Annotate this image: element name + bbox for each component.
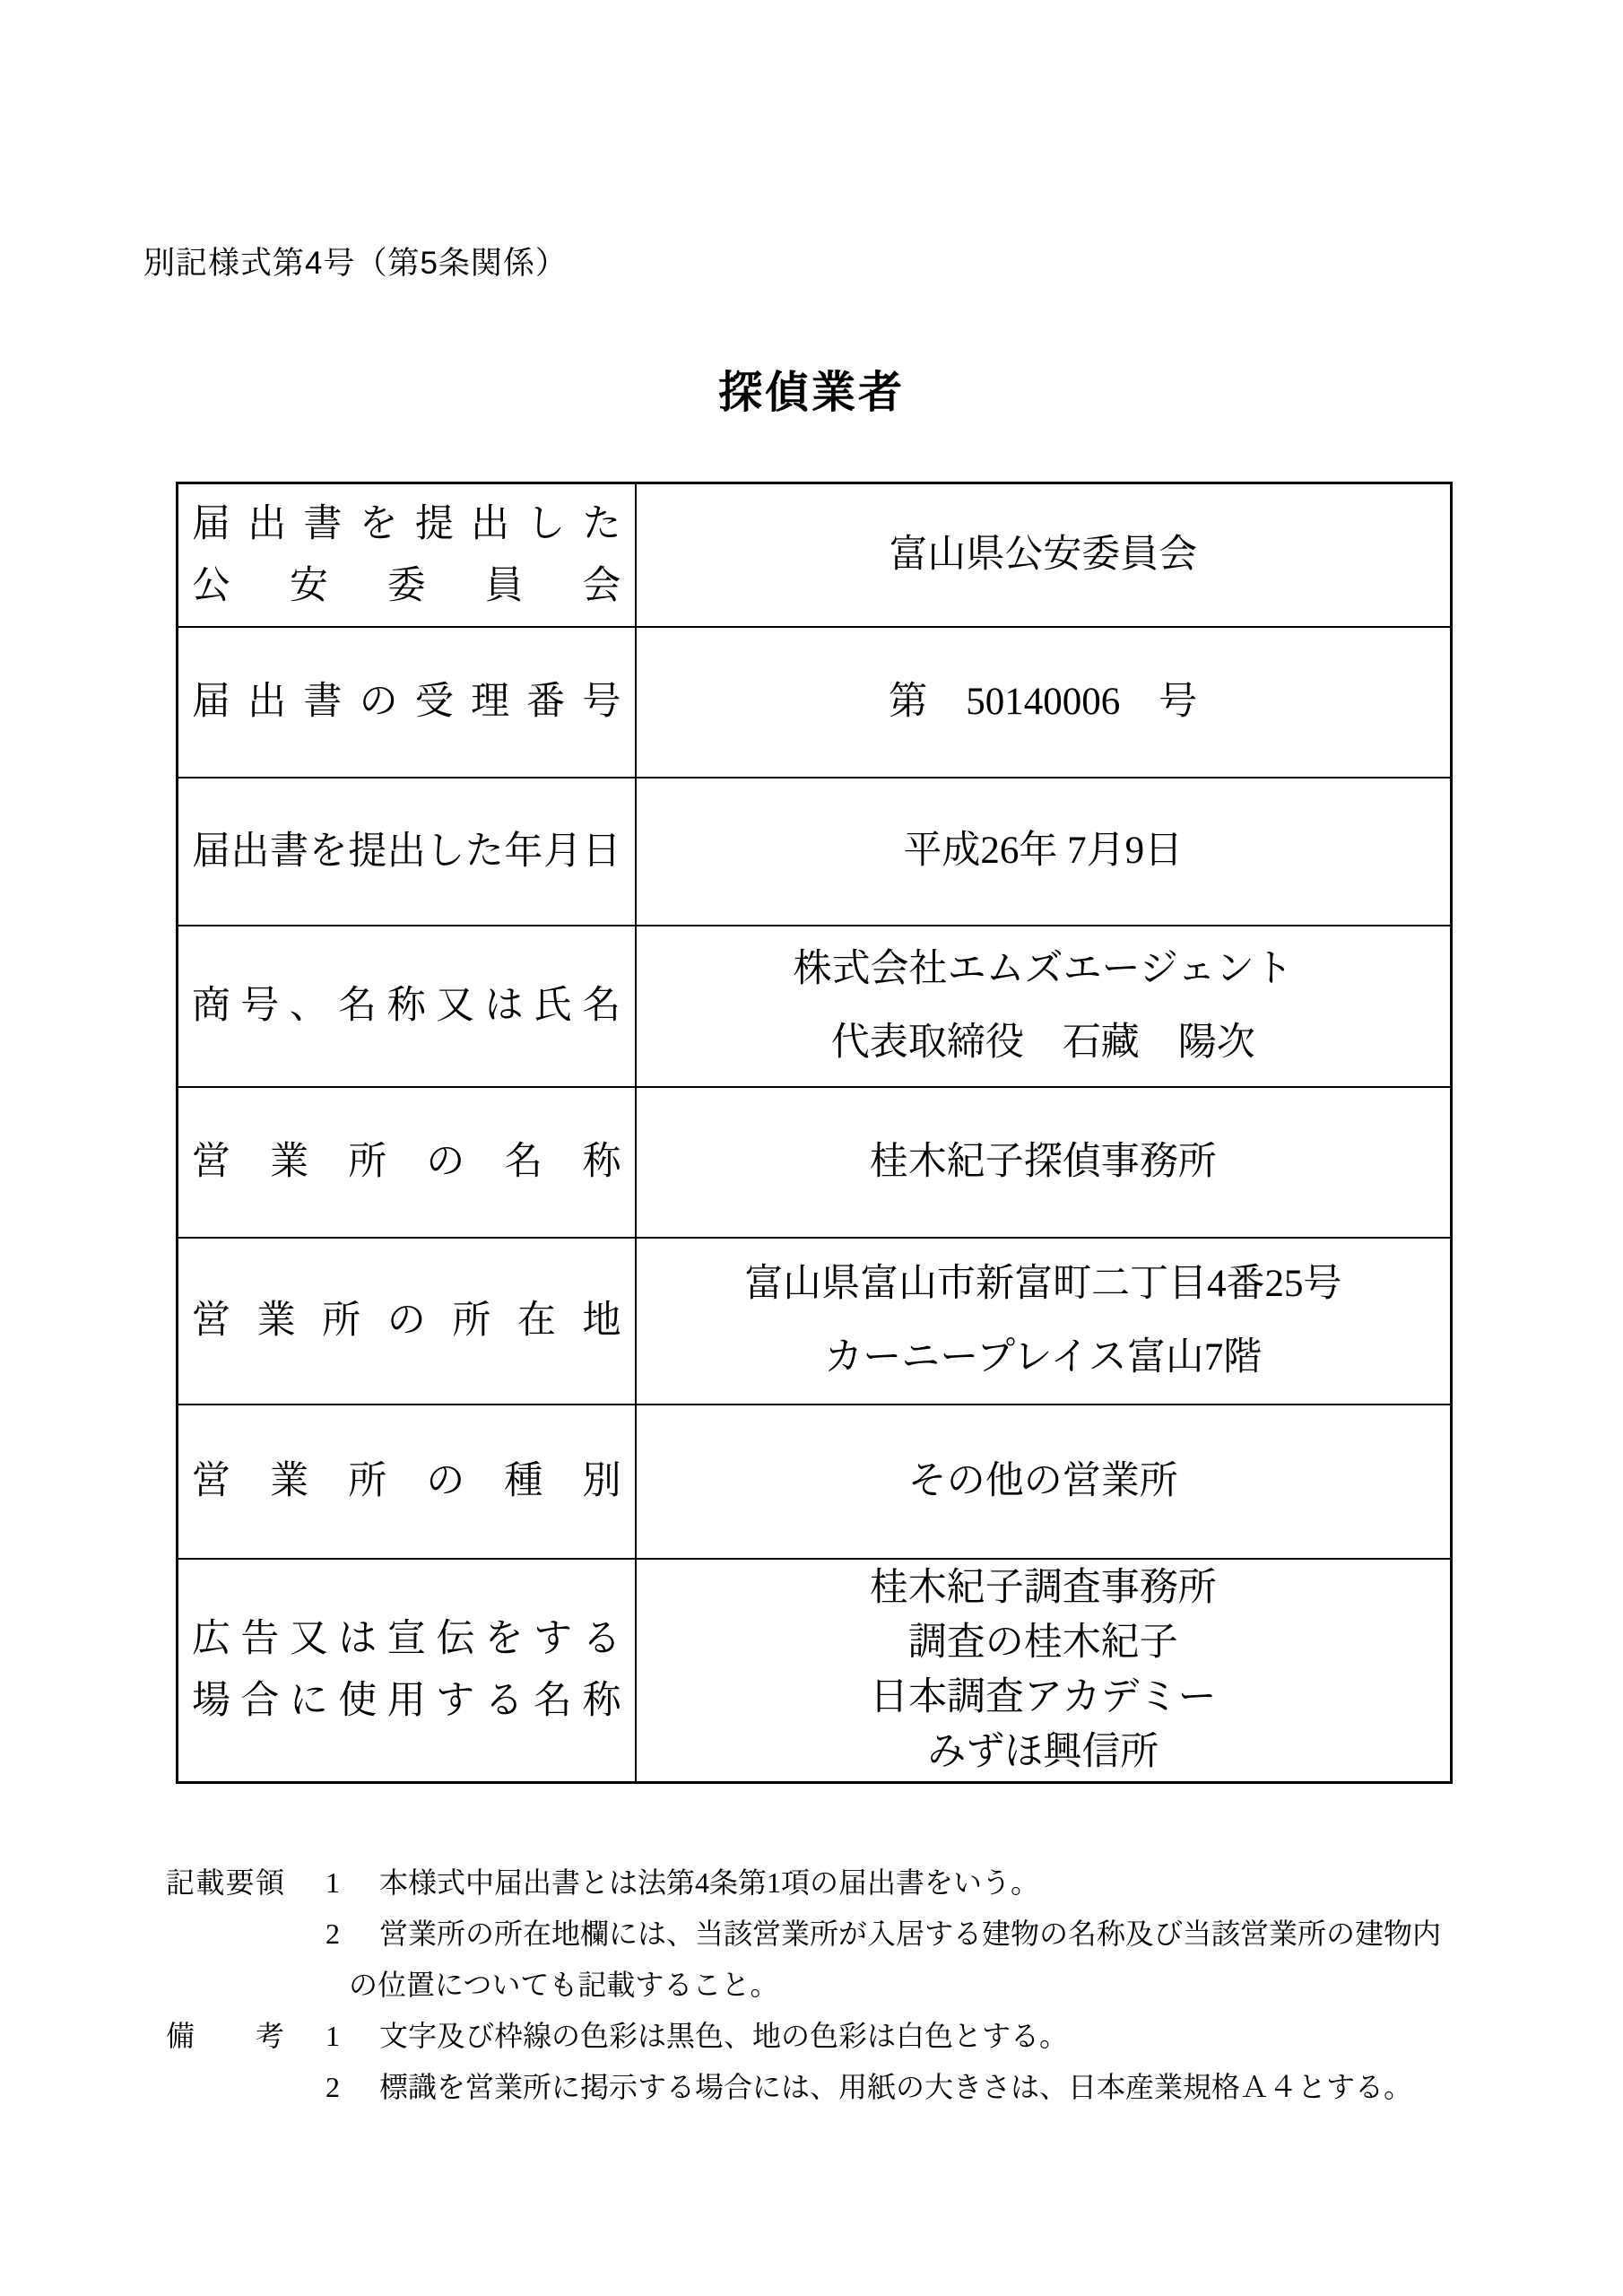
note-number: 2 [320, 2068, 345, 2106]
note-term: 記載要領 [166, 1864, 284, 1901]
row-label: 商号、名称又は氏名 [178, 926, 636, 1087]
row-value: その他の営業所 [636, 1405, 1452, 1559]
table-row-trade-name: 商号、名称又は氏名 株式会社エムズエージェント代表取締役 石藏 陽次 [178, 926, 1452, 1087]
note-term: 備考 [166, 2017, 284, 2055]
detective-agency-registration-table: 届出書を提出した公安委員会 富山県公安委員会 届出書の受理番号 第 501400… [176, 482, 1453, 1784]
note-number: 2 [320, 1915, 345, 1952]
row-label: 広告又は宣伝をする場合に使用する名称 [178, 1559, 636, 1783]
row-value: 平成26年 7月9日 [636, 778, 1452, 926]
form-number-label: 別記様式第4号（第5条関係） [143, 239, 568, 283]
row-value: 桂木紀子調査事務所調査の桂木紀子日本調査アカデミーみずほ興信所 [636, 1559, 1452, 1783]
row-label: 営業所の種別 [178, 1405, 636, 1559]
notes-section: 記載要領 1 本様式中届出書とは法第4条第1項の届出書をいう。 2 営業所の所在… [166, 1864, 1441, 2119]
row-value: 富山県公安委員会 [636, 483, 1452, 627]
row-label: 届出書の受理番号 [178, 627, 636, 778]
note-number: 1 [320, 2017, 345, 2055]
note-row: 備考 1 文字及び枠線の色彩は黒色、地の色彩は白色とする。 [166, 2017, 1441, 2055]
note-number [320, 1966, 345, 2004]
table-row-submission-date: 届出書を提出した年月日 平成26年 7月9日 [178, 778, 1452, 926]
note-text: の位置についても記載すること。 [349, 1966, 778, 2004]
row-label: 届出書を提出した公安委員会 [178, 483, 636, 627]
table-row-public-safety-commission: 届出書を提出した公安委員会 富山県公安委員会 [178, 483, 1452, 627]
table-row-office-address: 営業所の所在地 富山県富山市新富町二丁目4番25号カーニープレイス富山7階 [178, 1238, 1452, 1405]
document-title: 探偵業者 [0, 358, 1623, 421]
table-row-receipt-number: 届出書の受理番号 第 50140006 号 [178, 627, 1452, 778]
row-value: 桂木紀子探偵事務所 [636, 1087, 1452, 1238]
note-text: 標識を営業所に掲示する場合には、用紙の大きさは、日本産業規格Ａ４とする。 [379, 2068, 1412, 2106]
note-row: 2 営業所の所在地欄には、当該営業所が入居する建物の名称及び当該営業所の建物内 [166, 1915, 1441, 1952]
note-term [166, 1915, 284, 1952]
note-row: 2 標識を営業所に掲示する場合には、用紙の大きさは、日本産業規格Ａ４とする。 [166, 2068, 1441, 2106]
row-value: 第 50140006 号 [636, 627, 1452, 778]
note-text: 営業所の所在地欄には、当該営業所が入居する建物の名称及び当該営業所の建物内 [379, 1915, 1441, 1952]
note-row-continuation: の位置についても記載すること。 [166, 1966, 1441, 2004]
note-text: 文字及び枠線の色彩は黒色、地の色彩は白色とする。 [379, 2017, 1068, 2055]
row-label: 営業所の所在地 [178, 1238, 636, 1405]
note-term [166, 1966, 284, 2004]
row-value: 富山県富山市新富町二丁目4番25号カーニープレイス富山7階 [636, 1238, 1452, 1405]
table-row-office-type: 営業所の種別 その他の営業所 [178, 1405, 1452, 1559]
row-label: 営業所の名称 [178, 1087, 636, 1238]
note-term [166, 2068, 284, 2106]
table-row-advertising-names: 広告又は宣伝をする場合に使用する名称 桂木紀子調査事務所調査の桂木紀子日本調査ア… [178, 1559, 1452, 1783]
document-page: { "page": { "form_number": "別記様式第4号（第5条関… [0, 0, 1623, 2296]
row-label: 届出書を提出した年月日 [178, 778, 636, 926]
note-row: 記載要領 1 本様式中届出書とは法第4条第1項の届出書をいう。 [166, 1864, 1441, 1901]
row-value: 株式会社エムズエージェント代表取締役 石藏 陽次 [636, 926, 1452, 1087]
note-text: 本様式中届出書とは法第4条第1項の届出書をいう。 [379, 1864, 1039, 1901]
note-number: 1 [320, 1864, 345, 1901]
table-row-office-name: 営業所の名称 桂木紀子探偵事務所 [178, 1087, 1452, 1238]
